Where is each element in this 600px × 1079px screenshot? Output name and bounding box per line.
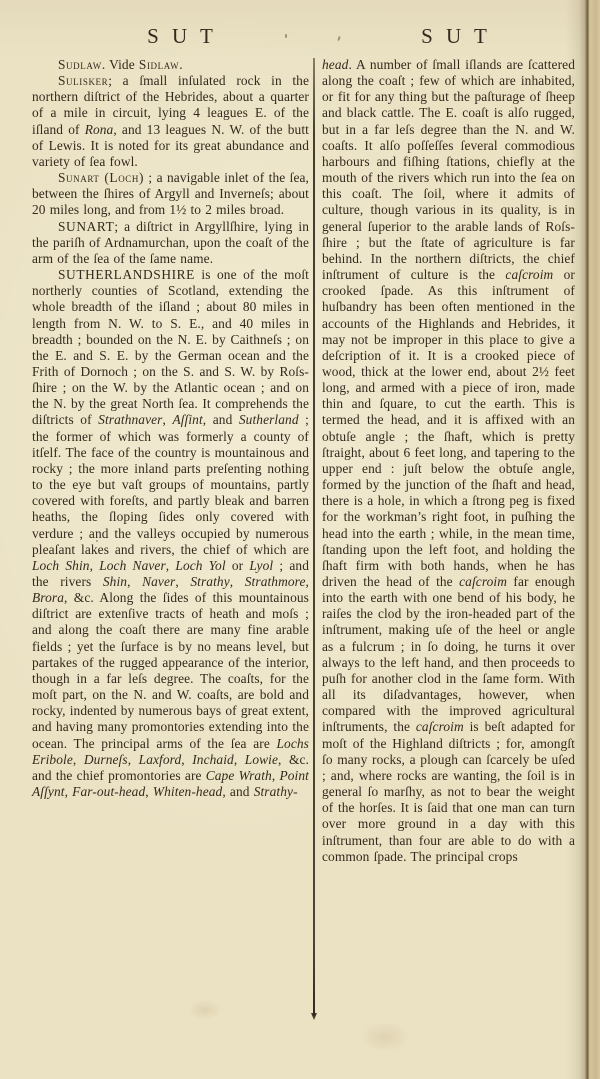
- paper-speck: [96, 540, 98, 542]
- text-run-italic: Laxford: [139, 752, 182, 767]
- text-run-italic: head: [322, 57, 348, 72]
- text-run-italic: Loch Naver: [99, 558, 166, 573]
- text-run-italic: Strathy: [190, 574, 229, 589]
- text-run: . A number of ſmall iſlands are ſcattere…: [322, 57, 575, 282]
- entry-paragraph: Sudlaw. Vide Sidlaw.: [32, 57, 309, 73]
- text-run-italic: Shin: [103, 574, 127, 589]
- text-run-italic: Cape Wrath: [206, 768, 272, 783]
- entry-paragraph: SUTHERLANDSHIRE is one of the moſt north…: [32, 267, 309, 800]
- text-run: ,: [166, 558, 176, 573]
- column-divider-tick: [311, 1013, 317, 1020]
- book-page: S U T S U T Sudlaw. Vide Sidlaw.Sulisker…: [0, 0, 600, 1079]
- text-run: ,: [127, 574, 142, 589]
- text-run-italic: Lyol: [249, 558, 273, 573]
- text-run: ,: [162, 412, 172, 427]
- text-run: ,: [306, 574, 309, 589]
- book-page-edge: [566, 0, 600, 1079]
- text-run-smallcaps: Sulisker: [58, 73, 108, 88]
- text-column-right: head. A number of ſmall iſlands are ſcat…: [322, 57, 575, 865]
- text-run: ,: [73, 752, 84, 767]
- text-run: ,: [145, 784, 153, 799]
- paper-stain: [180, 995, 230, 1025]
- text-run-italic: Brora: [32, 590, 64, 605]
- entry-paragraph: Sunart (Loch) ; a navigable inlet of the…: [32, 170, 309, 218]
- entry-paragraph: SUNART; a diſtrict in Argyllſhire, lying…: [32, 219, 309, 267]
- text-run-smallcaps: Sunart (Loch): [58, 170, 144, 185]
- text-run-italic: Naver: [142, 574, 175, 589]
- text-run: . Vide: [102, 57, 139, 72]
- text-run: ,: [128, 752, 139, 767]
- paper-stain: [350, 1015, 420, 1059]
- text-run-italic: Inchaid: [192, 752, 234, 767]
- text-run: ,: [90, 558, 100, 573]
- paper-speck: [337, 36, 340, 41]
- text-run-italic: Loch Shin: [32, 558, 90, 573]
- text-run-italic: Strathnaver: [98, 412, 162, 427]
- text-run: is beſt adapted for moſt of the Highland…: [322, 719, 575, 863]
- text-run: far enough into the earth with one bend …: [322, 574, 575, 734]
- text-run-caps: SUTHERLANDSHIRE: [58, 267, 195, 282]
- text-run-caps: SUNART: [58, 219, 114, 234]
- text-run: is one of the moſt northerly counties of…: [32, 267, 309, 427]
- text-run-smallcaps: Sidlaw: [139, 57, 179, 72]
- text-run-italic: Lowie: [245, 752, 278, 767]
- text-run-italic: Strathy-: [254, 784, 298, 799]
- entry-paragraph: Sulisker; a ſmall inſulated rock in the …: [32, 73, 309, 170]
- text-run: ,: [181, 752, 192, 767]
- text-run-italic: caſcroim: [459, 574, 507, 589]
- text-run-italic: Rona: [85, 122, 114, 137]
- running-head-left: S U T: [122, 24, 242, 49]
- running-head-right: S U T: [396, 24, 516, 49]
- text-run-italic: Durneſs: [84, 752, 128, 767]
- text-run: , and: [203, 412, 239, 427]
- text-run: , and: [222, 784, 253, 799]
- text-run-italic: caſcroim: [505, 267, 553, 282]
- text-run-italic: caſcroim: [416, 719, 464, 734]
- text-run: ,: [234, 752, 245, 767]
- text-run-italic: Loch Yol: [175, 558, 225, 573]
- text-column-left: Sudlaw. Vide Sidlaw.Sulisker; a ſmall in…: [32, 57, 309, 800]
- text-run-italic: Aſſint: [172, 412, 202, 427]
- text-run: or crooked ſpade. As this inſtrument of …: [322, 267, 575, 589]
- column-divider-rule: [313, 58, 315, 1016]
- text-run: , &c. Along the ſides of this mountainou…: [32, 590, 309, 750]
- paper-speck: [285, 34, 287, 38]
- text-run-smallcaps: Sudlaw: [58, 57, 102, 72]
- text-run-italic: Strathmore: [245, 574, 306, 589]
- entry-paragraph: head. A number of ſmall iſlands are ſcat…: [322, 57, 575, 865]
- text-run: ; the former of which was formerly a cou…: [32, 412, 309, 556]
- text-run-italic: Whiten-head: [153, 784, 223, 799]
- text-run: or: [226, 558, 250, 573]
- text-run: ,: [175, 574, 190, 589]
- text-run: .: [179, 57, 182, 72]
- text-run-italic: Far-out-head: [72, 784, 145, 799]
- text-run-italic: Sutherland: [239, 412, 299, 427]
- text-run: ,: [230, 574, 245, 589]
